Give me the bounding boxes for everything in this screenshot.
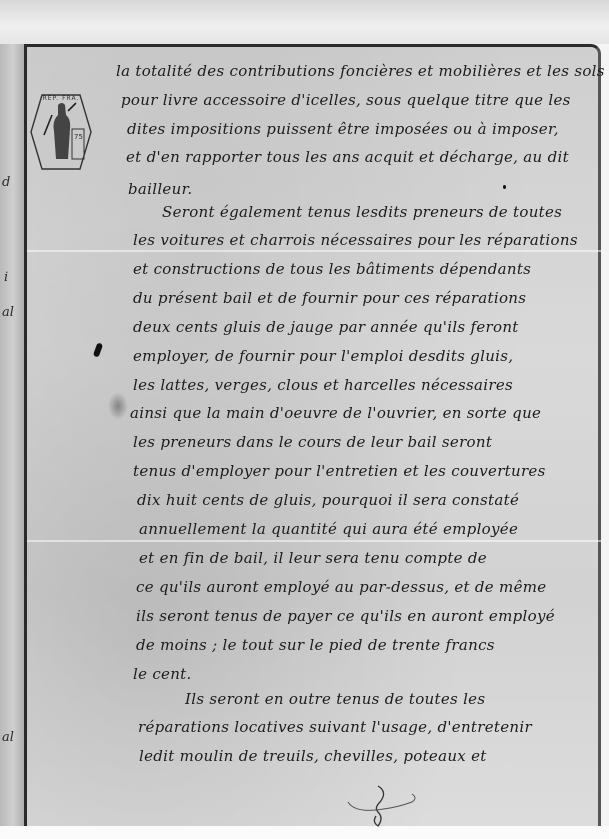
text-line: et en fin de bail, il leur sera tenu com… <box>139 549 487 567</box>
fold-line <box>27 540 601 542</box>
stamp-value: 75 <box>74 133 83 141</box>
paraph-flourish-icon <box>340 782 420 832</box>
text-line: le cent. <box>133 665 192 683</box>
margin-mark: al <box>2 305 14 320</box>
text-line: ce qu'ils auront employé au par-dessus, … <box>136 578 546 596</box>
text-line: les preneurs dans le cours de leur bail … <box>133 433 492 451</box>
text-line: tenus d'employer pour l'entretien et les… <box>133 462 546 480</box>
text-line: deux cents gluis de jauge par année qu'i… <box>133 318 519 336</box>
scanner-bottom-edge <box>0 826 609 839</box>
ink-smudge <box>108 392 128 420</box>
text-line: ledit moulin de treuils, chevilles, pote… <box>139 747 487 765</box>
fold-line <box>27 250 601 252</box>
text-line: et constructions de tous les bâtiments d… <box>133 260 531 278</box>
margin-mark: al <box>2 730 14 745</box>
text-line: ainsi que la main d'oeuvre de l'ouvrier,… <box>130 404 541 422</box>
stamp-label: REP. FRA. <box>38 95 84 102</box>
text-line: les voitures et charrois nécessaires pou… <box>133 231 578 249</box>
scanner-top-edge <box>0 0 609 44</box>
text-line: Seront également tenus lesdits preneurs … <box>162 203 562 221</box>
text-line: la totalité des contributions foncières … <box>116 62 605 80</box>
margin-mark: d <box>2 175 10 190</box>
text-line: ils seront tenus de payer ce qu'ils en a… <box>136 607 555 625</box>
ink-dot <box>503 185 506 189</box>
text-line: employer, de fournir pour l'emploi desdi… <box>133 347 513 365</box>
margin-mark: i <box>4 270 8 285</box>
text-line: réparations locatives suivant l'usage, d… <box>138 718 532 736</box>
text-line: annuellement la quantité qui aura été em… <box>139 520 518 538</box>
text-line: de moins ; le tout sur le pied de trente… <box>136 636 495 654</box>
hexagonal-revenue-stamp-icon: REP. FRA. 75 <box>30 93 92 171</box>
binding-spine <box>24 44 27 826</box>
text-line: dites impositions puissent être imposées… <box>127 120 559 138</box>
text-line: bailleur. <box>128 180 192 198</box>
text-line: dix huit cents de gluis, pourquoi il ser… <box>137 491 519 509</box>
text-line: Ils seront en outre tenus de toutes les <box>185 690 485 708</box>
text-line: pour livre accessoire d'icelles, sous qu… <box>121 91 571 109</box>
text-line: du présent bail et de fournir pour ces r… <box>133 289 526 307</box>
facing-page-edge <box>0 44 26 826</box>
text-line: et d'en rapporter tous les ans acquit et… <box>126 148 569 166</box>
text-line: les lattes, verges, clous et harcelles n… <box>133 376 513 394</box>
